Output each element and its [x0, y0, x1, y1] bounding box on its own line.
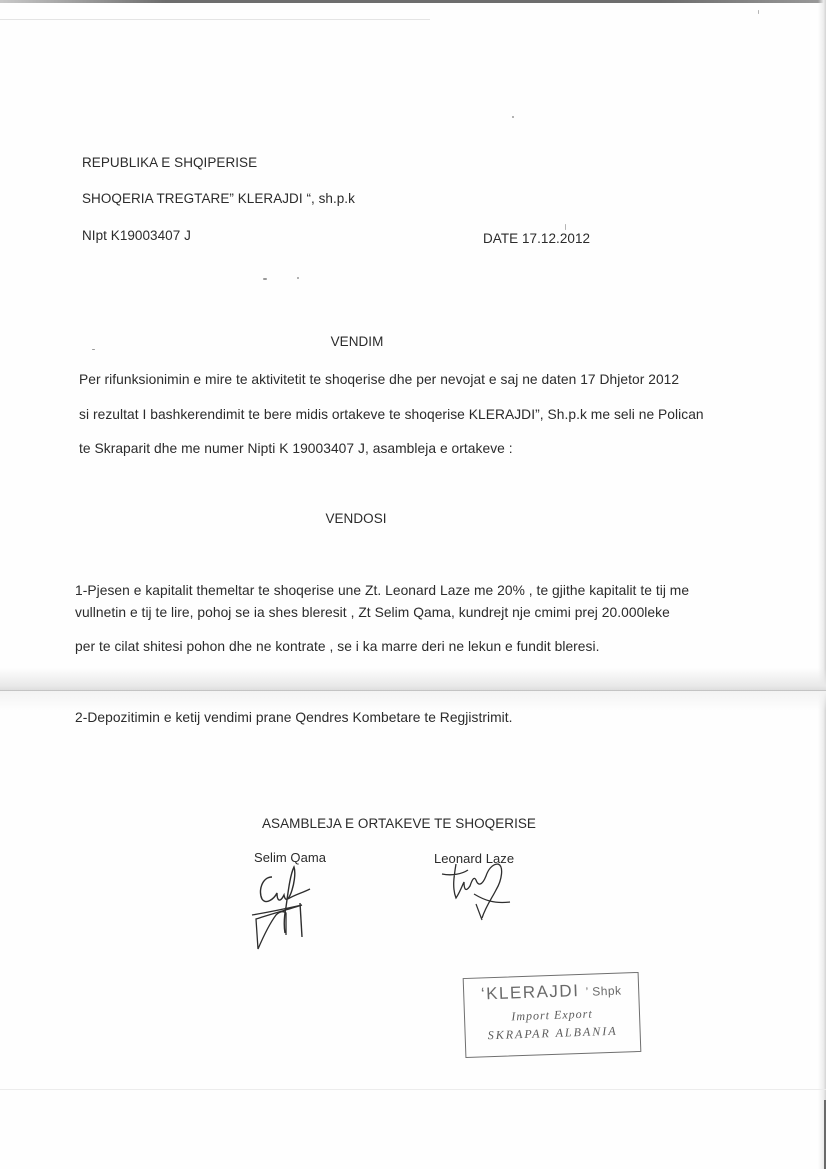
intro-line-2: si rezultat I bashkerendimit te bere mid…: [79, 407, 704, 422]
scan-top-edge: [0, 0, 826, 3]
scan-right-edge: [818, 0, 826, 1169]
scan-artifact-line: [0, 19, 430, 20]
stamp-city: SKRAPAR ALBANIA: [465, 1023, 639, 1044]
point-1-line-2: vullnetin e tij te lire, pohoj se ia she…: [75, 605, 670, 620]
point-1-line-1: 1-Pjesen e kapitalit themeltar te shoqer…: [75, 583, 689, 598]
signatures-title: ASAMBLEJA E ORTAKEVE TE SHOQERISE: [262, 816, 536, 831]
scan-speck: [512, 116, 514, 118]
stamp-suffix-text: ’ Shpk: [585, 984, 621, 999]
scan-artifact-line-bottom: [0, 1089, 826, 1090]
scanned-document-page: REPUBLIKA E SHQIPERISE SHOQERIA TREGTARE…: [0, 0, 826, 1169]
scan-speck: [565, 224, 566, 230]
signature-selim-qama: [244, 855, 324, 955]
republic-heading: REPUBLIKA E SHQIPERISE: [82, 155, 257, 170]
company-name: SHOQERIA TREGTARE” KLERAJDI “, sh.p.k: [82, 191, 355, 206]
paper-fold-shadow: [0, 668, 826, 690]
point-2: 2-Depozitimin e ketij vendimi prane Qend…: [75, 710, 513, 725]
decided-title: VENDOSI: [325, 511, 386, 526]
company-stamp: ‘KLERAJDI ’ Shpk Import Export SKRAPAR A…: [463, 972, 642, 1058]
scan-speck: [263, 278, 267, 280]
scan-speck: [758, 10, 759, 14]
document-date: DATE 17.12.2012: [483, 231, 590, 246]
point-1-line-3: per te cilat shitesi pohon dhe ne kontra…: [75, 639, 599, 654]
intro-line-3: te Skraparit dhe me numer Nipti K 190034…: [79, 441, 513, 456]
stamp-name-text: ‘KLERAJDI: [481, 981, 580, 1003]
stamp-company-name: ‘KLERAJDI ’ Shpk: [464, 979, 639, 1005]
company-nipt: NIpt K19003407 J: [82, 228, 191, 243]
signature-leonard-laze: [436, 858, 516, 928]
intro-line-1: Per rifunksionimin e mire te aktivitetit…: [79, 372, 679, 387]
scan-speck: [297, 277, 299, 279]
decision-title: VENDIM: [331, 334, 384, 349]
scan-speck: [92, 349, 95, 350]
paper-fold-shade: [0, 691, 826, 711]
